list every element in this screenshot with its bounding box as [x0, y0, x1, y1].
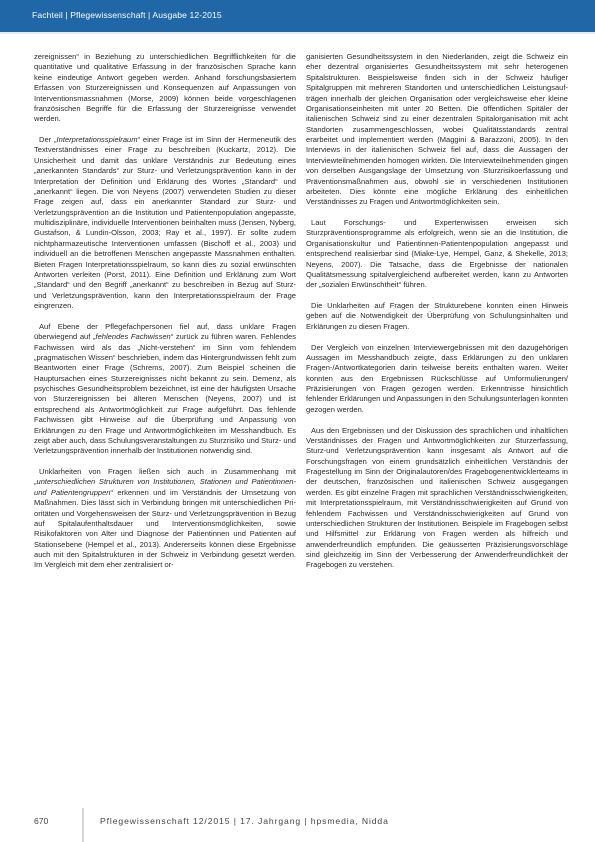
journal-info: Pflegewissenschaft 12/2015 | 17. Jahrgan… [100, 816, 389, 826]
paragraph-text: ganisierten Gesundheitssystem in den Nie… [306, 52, 568, 206]
paragraph-text: “ erkennen und im Verständnis der Umsetz… [34, 488, 296, 570]
left-column: zereignissen“ in Beziehung zu unterschie… [34, 52, 296, 581]
paragraph: Der Vergleich von einzelnen Interviewerg… [306, 343, 568, 416]
paragraph: Laut Forschungs- und Expertenwissen erwe… [306, 218, 568, 291]
paragraph-text: Der „ [39, 135, 57, 144]
running-title: Fachteil | Pflegewissenschaft | Ausgabe … [32, 10, 222, 20]
paragraph-text: Aus den Ergebnissen und der Diskussion d… [306, 426, 568, 570]
header-band: Fachteil | Pflegewissenschaft | Ausgabe … [0, 0, 595, 32]
paragraph-text: “ zurück zu führen waren. Fehlendes Fach… [34, 332, 296, 455]
paragraph: Unklarheiten von Fragen ließen sich auch… [34, 467, 296, 571]
page-number: 670 [34, 816, 48, 826]
header-divider [0, 32, 595, 34]
paragraph: Die Unklarheiten auf Fragen der Struktur… [306, 301, 568, 332]
emphasis-text: fehlendes Fachwissen [96, 332, 171, 341]
paragraph-text: zereignissen“ in Beziehung zu unterschie… [34, 52, 296, 123]
paragraph-text: “ einer Frage ist im Sinn der Hermeneuti… [34, 135, 296, 310]
paragraph: Aus den Ergebnissen und der Diskussion d… [306, 426, 568, 571]
footer-divider [82, 808, 84, 842]
paragraph: zereignissen“ in Beziehung zu unterschie… [34, 52, 296, 125]
emphasis-text: Interpretationsspielraum [57, 135, 138, 144]
paragraph-text: Die Unklarheiten auf Fragen der Struktur… [306, 301, 568, 331]
page-footer: 670 Pflegewissenschaft 12/2015 | 17. Jah… [0, 808, 595, 842]
paragraph-text: Der Vergleich von einzelnen Interviewerg… [306, 343, 568, 414]
right-column: ganisierten Gesundheitssystem in den Nie… [306, 52, 568, 581]
paragraph-text: Laut Forschungs- und Expertenwissen erwe… [306, 218, 568, 289]
paragraph: ganisierten Gesundheitssystem in den Nie… [306, 52, 568, 208]
paragraph: Der „Interpretationsspielraum“ einer Fra… [34, 135, 296, 311]
paragraph: Auf Ebene der Pflegefachpersonen fiel au… [34, 322, 296, 457]
